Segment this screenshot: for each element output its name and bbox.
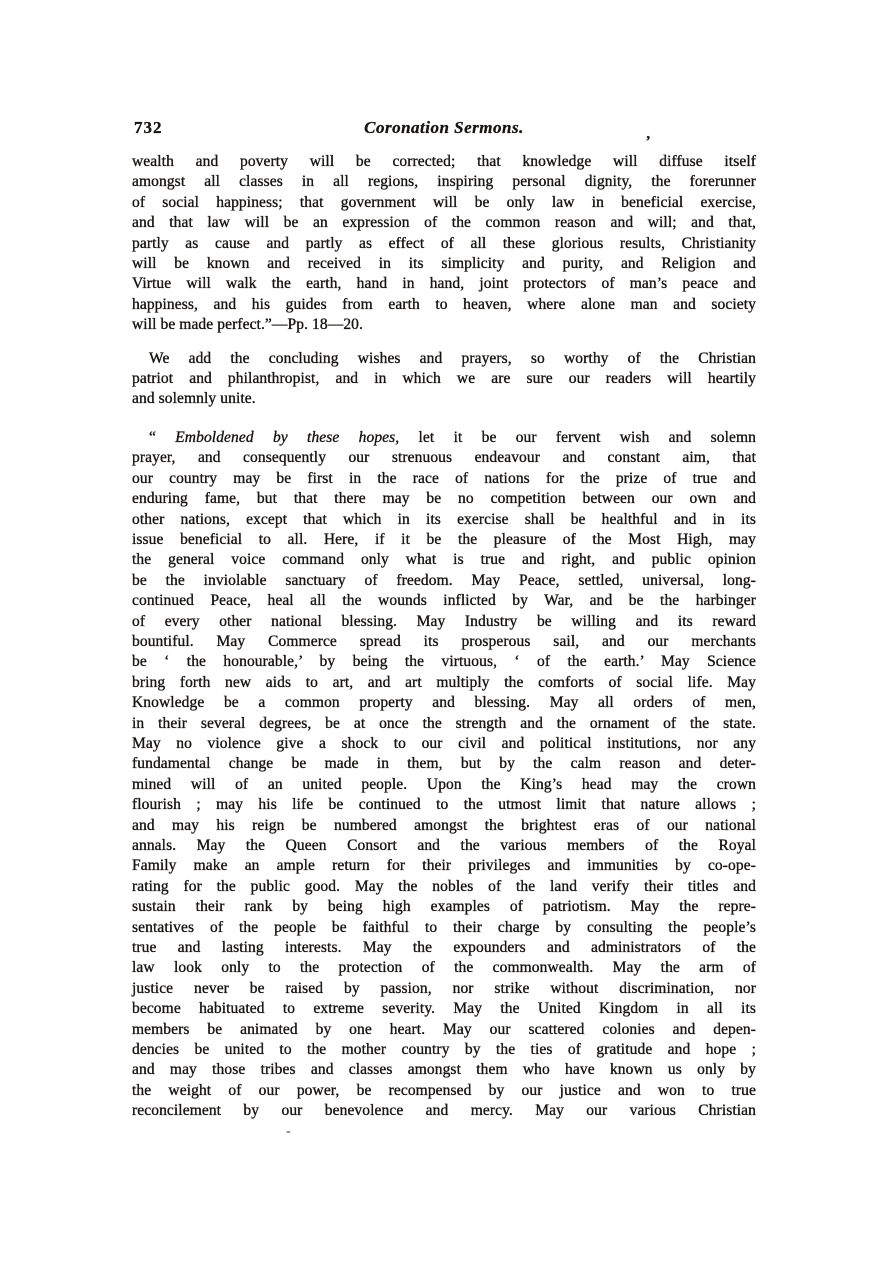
text-line: rating for the public good. May the nobl…	[132, 877, 756, 897]
text-line: prayer, and consequently our strenuous e…	[132, 448, 756, 468]
text-line: be the inviolable sanctuary of freedom. …	[132, 571, 756, 591]
scanned-book-page: 732 Coronation Sermons. , wealth and pov…	[0, 0, 883, 1265]
body-paragraphs: wealth and poverty will be corrected; th…	[132, 152, 756, 1122]
text-line: the weight of our power, be recompensed …	[132, 1081, 756, 1101]
paragraph: wealth and poverty will be corrected; th…	[132, 152, 756, 336]
text-line: other nations, except that which in its …	[132, 510, 756, 530]
text-line: our country may be first in the race of …	[132, 469, 756, 489]
text-line: Virtue will walk the earth, hand in hand…	[132, 274, 756, 294]
text-line: sentatives of the people be faithful to …	[132, 918, 756, 938]
text-line: and may his reign be numbered amongst th…	[132, 816, 756, 836]
text-line: amongst all classes in all regions, insp…	[132, 172, 756, 192]
text-line: bountiful. May Commerce spread its prosp…	[132, 632, 756, 652]
text-line: and solemnly unite.	[132, 389, 756, 409]
text-line: Knowledge be a common property and bless…	[132, 693, 756, 713]
text-line: will be known and received in its simpli…	[132, 254, 756, 274]
text-line: reconcilement by our benevolence and mer…	[132, 1101, 756, 1121]
text-line: “ Emboldened by these hopes, let it be o…	[132, 428, 756, 448]
text-line: in their several degrees, be at once the…	[132, 714, 756, 734]
text-line: members be animated by one heart. May ou…	[132, 1020, 756, 1040]
text-line: enduring fame, but that there may be no …	[132, 489, 756, 509]
text-line: We add the concluding wishes and prayers…	[132, 349, 756, 369]
text-line: the general voice command only what is t…	[132, 550, 756, 570]
text-line: Family make an ample return for their pr…	[132, 856, 756, 876]
text-line: fundamental change be made in them, but …	[132, 754, 756, 774]
text-line: of social happiness; that government wil…	[132, 193, 756, 213]
text-line: and that law will be an expression of th…	[132, 213, 756, 233]
text-line: be ‘ the honourable,’ by being the virtu…	[132, 652, 756, 672]
text-line: patriot and philanthropist, and in which…	[132, 369, 756, 389]
text-line: sustain their rank by being high example…	[132, 897, 756, 917]
text-line: become habituated to extreme severity. M…	[132, 999, 756, 1019]
text-line: justice never be raised by passion, nor …	[132, 979, 756, 999]
text-block: 732 Coronation Sermons. , wealth and pov…	[132, 118, 756, 1122]
paragraph: We add the concluding wishes and prayers…	[132, 349, 756, 410]
text-line: dencies be united to the mother country …	[132, 1040, 756, 1060]
text-line: partly as cause and partly as effect of …	[132, 234, 756, 254]
text-line: law look only to the protection of the c…	[132, 958, 756, 978]
text-line: flourish ; may his life be continued to …	[132, 795, 756, 815]
text-line: May no violence give a shock to our civi…	[132, 734, 756, 754]
text-line: mined will of an united people. Upon the…	[132, 775, 756, 795]
running-header: 732 Coronation Sermons. ,	[132, 118, 756, 140]
text-line: of every other national blessing. May In…	[132, 612, 756, 632]
running-title: Coronation Sermons.	[132, 118, 756, 138]
text-line: true and lasting interests. May the expo…	[132, 938, 756, 958]
text-line: annals. May the Queen Consort and the va…	[132, 836, 756, 856]
text-line: will be made perfect.”—Pp. 18—20.	[132, 315, 756, 335]
text-line: issue beneficial to all. Here, if it be …	[132, 530, 756, 550]
scan-artifact-dash: -	[286, 1124, 291, 1140]
text-line: continued Peace, heal all the wounds inf…	[132, 591, 756, 611]
text-line: and may those tribes and classes amongst…	[132, 1060, 756, 1080]
scan-artifact-comma: ,	[647, 126, 651, 143]
text-line: happiness, and his guides from earth to …	[132, 295, 756, 315]
text-line: wealth and poverty will be corrected; th…	[132, 152, 756, 172]
paragraph: “ Emboldened by these hopes, let it be o…	[132, 428, 756, 1122]
text-line: bring forth new aids to art, and art mul…	[132, 673, 756, 693]
